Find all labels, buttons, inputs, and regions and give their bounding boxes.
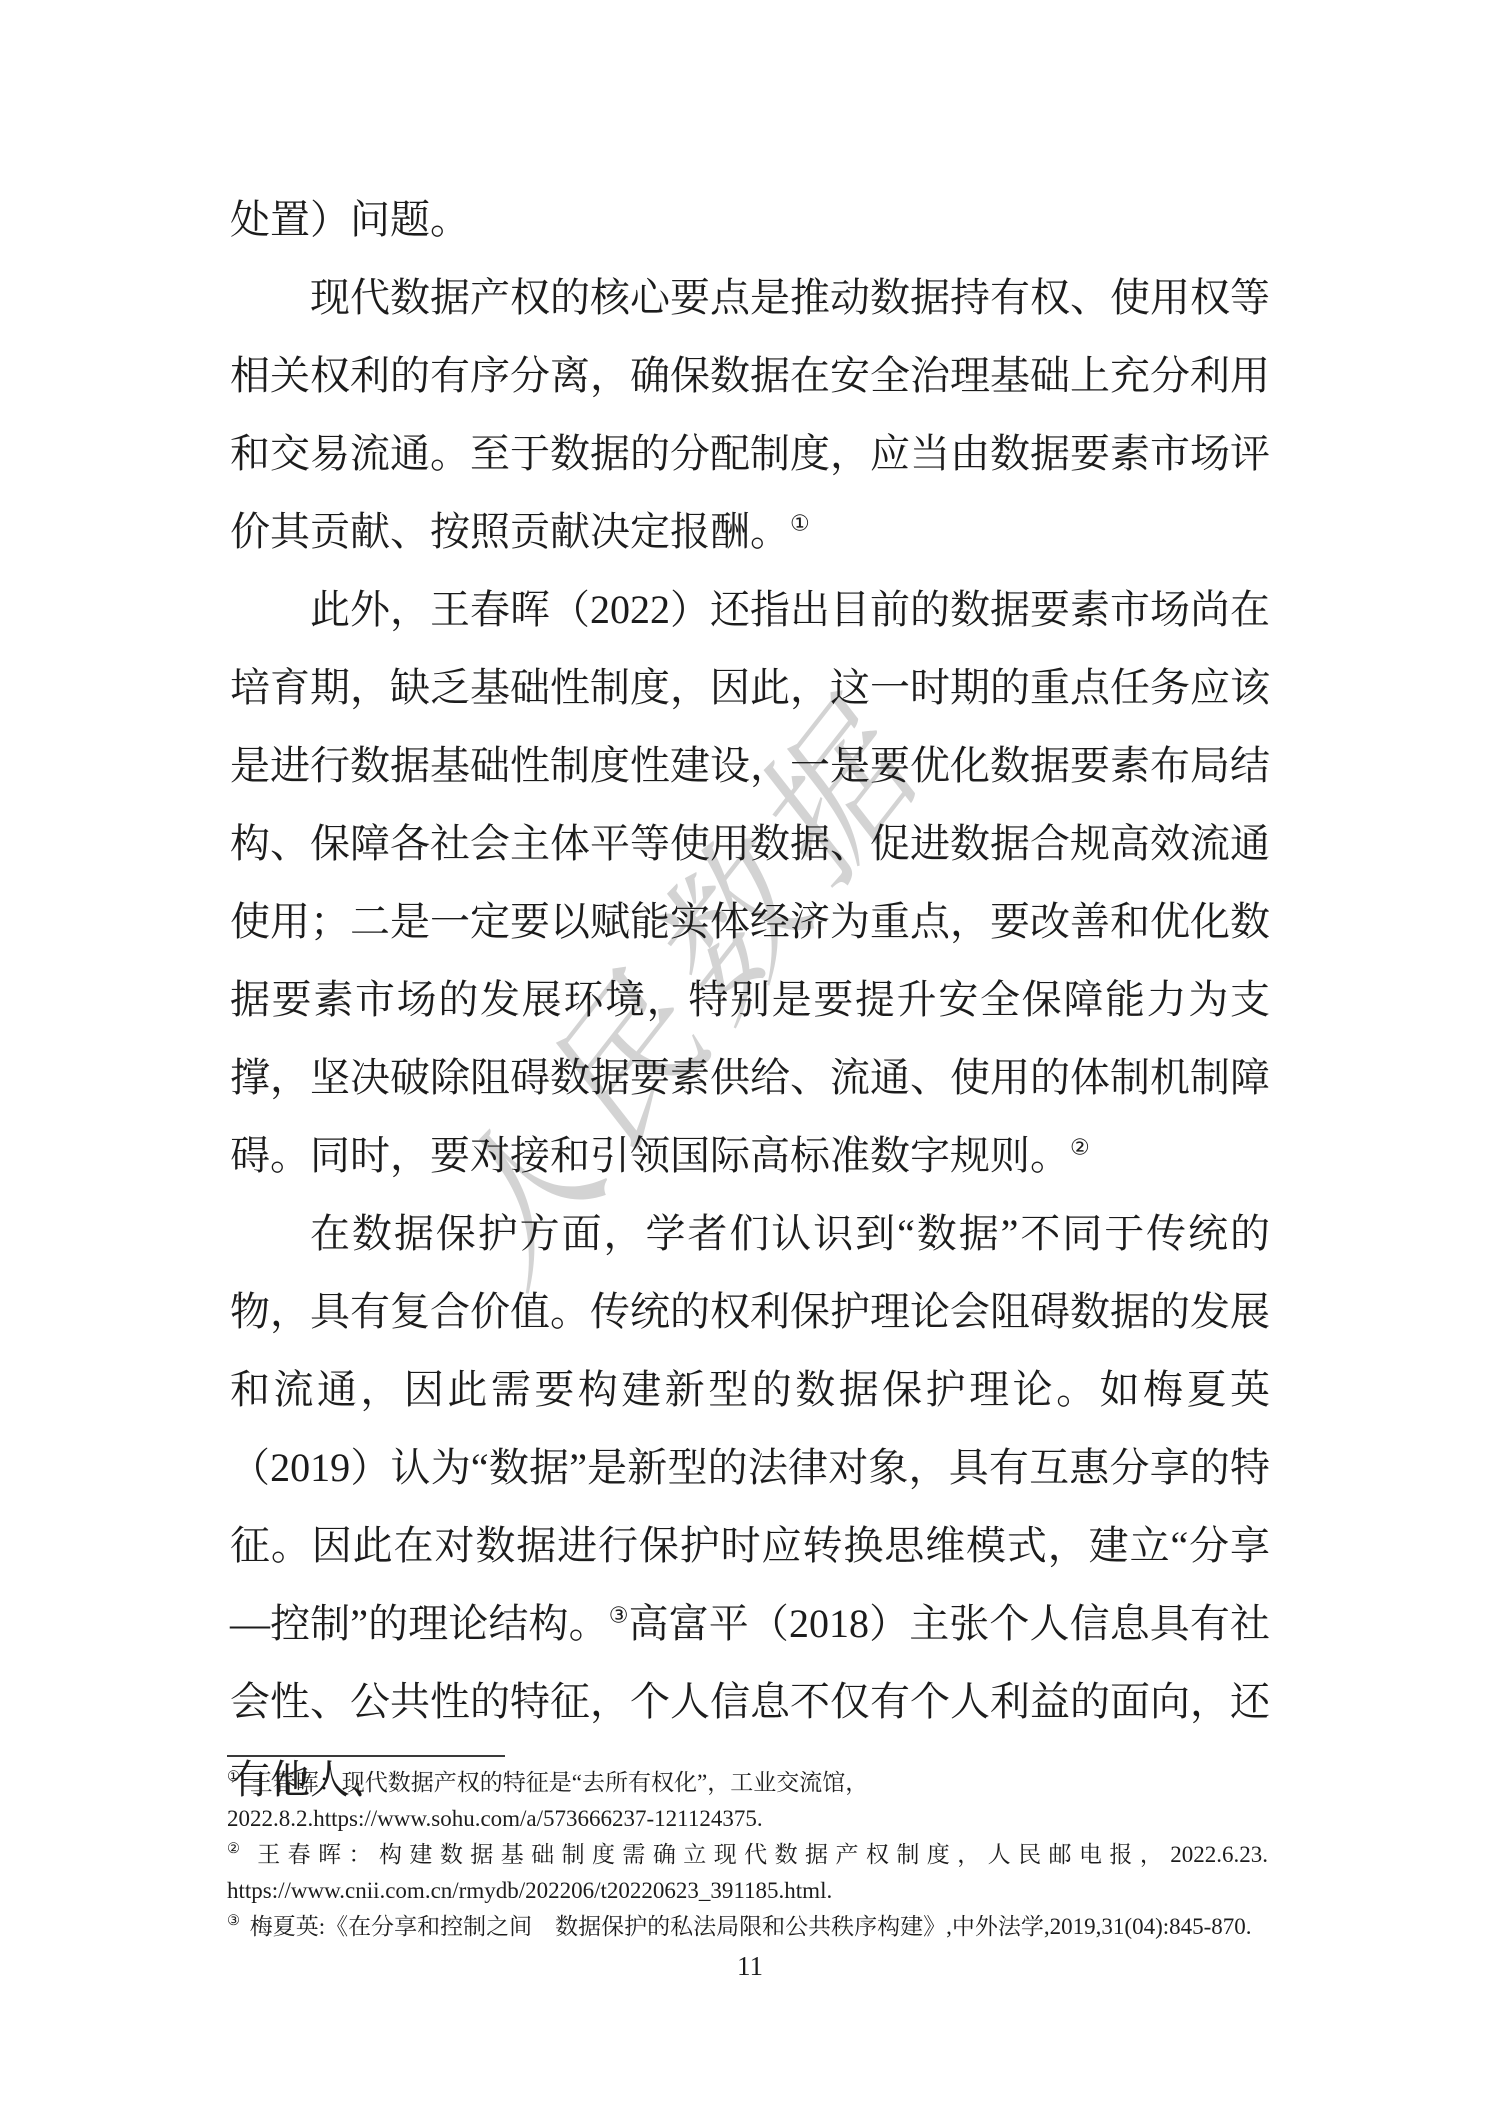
footnote-3-text: 梅夏英:《在分享和控制之间 数据保护的私法局限和公共秩序构建》,中外法学,201… (250, 1914, 1252, 1939)
footnote-reference-2: ② (1070, 1135, 1090, 1160)
footnote-3-line-1: ③梅夏英:《在分享和控制之间 数据保护的私法局限和公共秩序构建》,中外法学,20… (227, 1909, 1268, 1945)
paragraph-text: 在数据保护方面，学者们认识到“数据”不同于传统的物，具有复合价值。传统的权利保护… (230, 1211, 1270, 1646)
paragraph-data-protection: 在数据保护方面，学者们认识到“数据”不同于传统的物，具有复合价值。传统的权利保护… (230, 1195, 1270, 1819)
footnote-2-marker: ② (227, 1841, 247, 1857)
paragraph-text: 现代数据产权的核心要点是推动数据持有权、使用权等相关权利的有序分离，确保数据在安… (230, 275, 1270, 554)
page-number: 11 (0, 1950, 1500, 1982)
footnote-reference-3: ③ (609, 1603, 629, 1628)
footnote-2-line-1: ②王春晖：构建数据基础制度需确立现代数据产权制度，人民邮电报，2022.6.23… (227, 1837, 1268, 1873)
document-page: 人民数据 处置）问题。 现代数据产权的核心要点是推动数据持有权、使用权等相关权利… (0, 0, 1500, 2121)
footnote-reference-1: ① (790, 511, 810, 536)
footnote-separator-line (227, 1755, 505, 1757)
footnotes-section: ①王春晖：现代数据产权的特征是“去所有权化”，工业交流馆， 2022.8.2.h… (227, 1755, 1268, 1945)
paragraph-text: 处置）问题。 (230, 197, 470, 242)
paragraph-wang-chunhui-2022: 此外，王春晖（2022）还指出目前的数据要素市场尚在培育期，缺乏基础性制度，因此… (230, 571, 1270, 1195)
paragraph-continuation: 处置）问题。 (230, 181, 1270, 259)
footnote-2-line-2: https://www.cnii.com.cn/rmydb/202206/t20… (227, 1873, 1268, 1909)
footnote-2-url: https://www.cnii.com.cn/rmydb/202206/t20… (227, 1878, 832, 1903)
body-text-block: 处置）问题。 现代数据产权的核心要点是推动数据持有权、使用权等相关权利的有序分离… (230, 181, 1270, 1819)
footnote-1-url: 2022.8.2.https://www.sohu.com/a/57366623… (227, 1806, 763, 1831)
footnote-3-marker: ③ (227, 1913, 240, 1929)
footnote-1-line-1: ①王春晖：现代数据产权的特征是“去所有权化”，工业交流馆， (227, 1765, 1268, 1801)
footnote-2-text: 王春晖：构建数据基础制度需确立现代数据产权制度，人民邮电报，2022.6.23. (257, 1842, 1268, 1867)
paragraph-text: 此外，王春晖（2022）还指出目前的数据要素市场尚在培育期，缺乏基础性制度，因此… (230, 587, 1270, 1178)
footnote-1-line-2: 2022.8.2.https://www.sohu.com/a/57366623… (227, 1801, 1268, 1837)
footnote-1-marker: ① (227, 1769, 240, 1785)
paragraph-data-property-rights: 现代数据产权的核心要点是推动数据持有权、使用权等相关权利的有序分离，确保数据在安… (230, 259, 1270, 571)
footnote-1-text: 王春晖：现代数据产权的特征是“去所有权化”，工业交流馆， (250, 1770, 868, 1795)
